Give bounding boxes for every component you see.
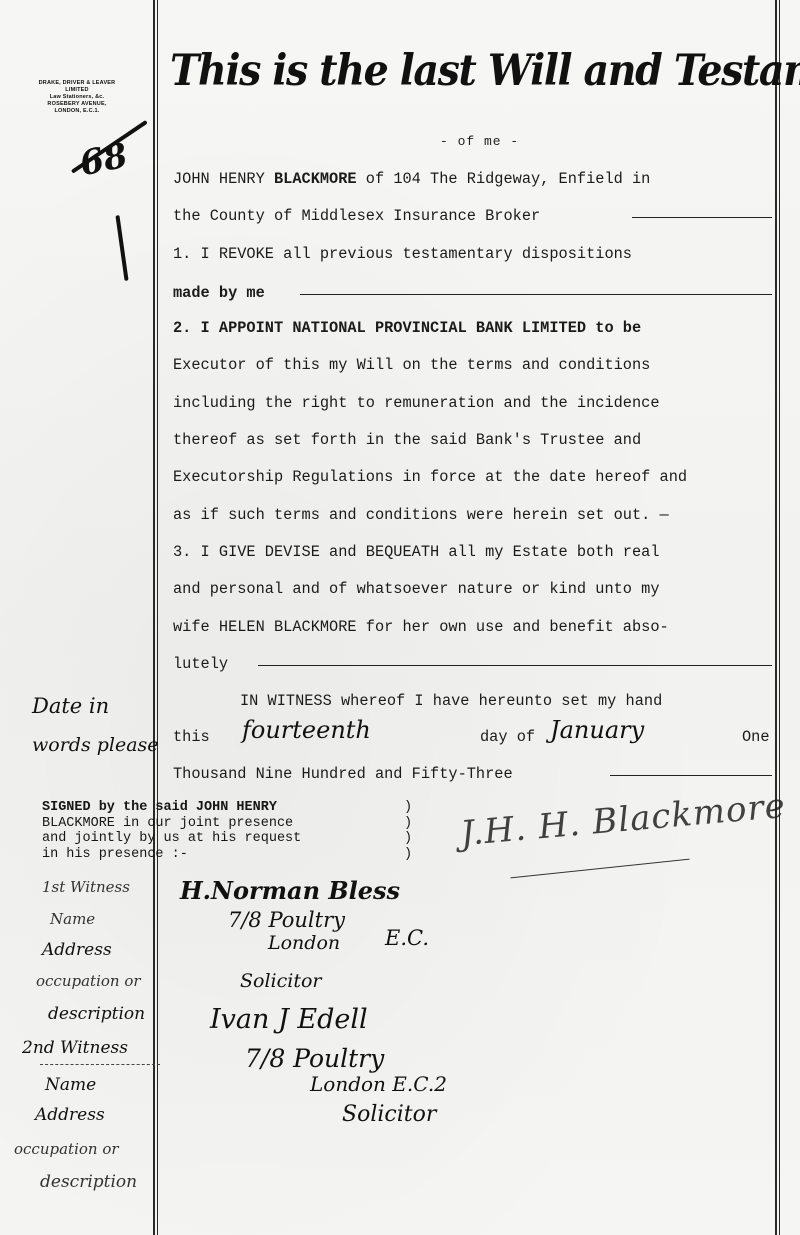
bracket: )	[404, 816, 412, 832]
attestation-text: and jointly by us at his request	[42, 831, 301, 846]
witness1-address-label: Address	[42, 940, 112, 960]
witness2-label: 2nd Witness	[22, 1038, 128, 1058]
testator-address: of 104 The Ridgeway, Enfield in	[357, 170, 651, 188]
witness2-name: Ivan J Edell	[210, 1004, 368, 1035]
clause-2-line-2: Executor of this my Will on the terms an…	[173, 356, 773, 374]
stamp-line: ROSEBERY AVENUE,	[22, 101, 132, 108]
clause-2-line-1: 2. I APPOINT NATIONAL PROVINCIAL BANK LI…	[173, 319, 773, 337]
witness2-description-label: description	[40, 1172, 137, 1192]
bracket: )	[404, 800, 412, 816]
witness2-occupation-label: occupation or	[14, 1140, 119, 1158]
testator-line-1: JOHN HENRY BLACKMORE of 104 The Ridgeway…	[173, 170, 773, 188]
attestation-text: SIGNED by the said JOHN HENRY	[42, 800, 277, 815]
witness1-name: H.Norman Bless	[180, 876, 400, 905]
stationer-stamp: DRAKE, DRIVER & LEAVER LIMITED Law Stati…	[22, 80, 132, 115]
testator-surname: BLACKMORE	[274, 170, 357, 188]
attestation-line: and jointly by us at his request)	[42, 831, 422, 847]
clause-2-line-3: including the right to remuneration and …	[173, 394, 773, 412]
fill-rule	[632, 217, 772, 218]
year-word-one: One	[742, 728, 770, 746]
attestation-clause: SIGNED by the said JOHN HENRY) BLACKMORE…	[42, 800, 422, 862]
witness1-occupation: Solicitor	[240, 970, 321, 992]
witness2-name-label: Name	[45, 1075, 96, 1095]
fill-rule	[300, 294, 772, 295]
right-margin-rule	[775, 0, 780, 1235]
testator-given-names: JOHN HENRY	[173, 170, 274, 188]
this-label: this	[173, 728, 210, 746]
attestation-line: SIGNED by the said JOHN HENRY)	[42, 800, 422, 816]
margin-note-date-line-2: words please	[32, 734, 159, 756]
stamp-line: Law Stationers, &c.	[22, 94, 132, 101]
margin-note-date-line-1: Date in	[32, 694, 109, 718]
dotted-rule	[40, 1064, 160, 1065]
clause-3-line-2: and personal and of whatsoever nature or…	[173, 580, 773, 598]
attestation-text: in his presence :-	[42, 847, 188, 862]
clause-3-line-3: wife HELEN BLACKMORE for her own use and…	[173, 618, 773, 636]
witness1-occupation-label: occupation or	[36, 972, 141, 990]
witness2-address-label: Address	[35, 1105, 105, 1125]
handwritten-month: January	[550, 716, 644, 744]
testator-line-2: the County of Middlesex Insurance Broker	[173, 207, 773, 225]
clause-1-line-2: made by me	[173, 284, 773, 302]
clause-2-line-6: as if such terms and conditions were her…	[173, 506, 773, 524]
witness1-address-3: E.C.	[385, 926, 429, 950]
clause-3-line-4: lutely	[173, 655, 773, 673]
document-subtitle: - of me -	[440, 134, 519, 149]
clause-2-line-4: thereof as set forth in the said Bank's …	[173, 431, 773, 449]
clause-1-line-1: 1. I REVOKE all previous testamentary di…	[173, 245, 773, 263]
witness2-address-1: 7/8 Poultry	[245, 1044, 384, 1073]
left-margin-rule	[153, 0, 158, 1235]
bracket: )	[404, 831, 412, 847]
witness1-name-label: Name	[50, 910, 95, 928]
handwritten-day: fourteenth	[242, 716, 371, 744]
testator-county-occupation: the County of Middlesex Insurance Broker	[173, 207, 540, 225]
attestation-line: in his presence :-)	[42, 847, 422, 863]
testimonium-line-3: Thousand Nine Hundred and Fifty-Three	[173, 765, 773, 783]
witness2-occupation: Solicitor	[342, 1102, 436, 1127]
witness1-address-2: London	[268, 932, 340, 954]
testimonium-line-1: IN WITNESS whereof I have hereunto set m…	[240, 692, 800, 710]
document-title: This is the last Will and Testament	[170, 36, 727, 106]
fill-rule	[610, 775, 772, 776]
stamp-line: LIMITED	[22, 87, 132, 94]
fill-rule	[258, 665, 772, 666]
stamp-line: LONDON, E.C.1.	[22, 108, 132, 115]
clause-2-line-5: Executorship Regulations in force at the…	[173, 468, 773, 486]
attestation-line: BLACKMORE in our joint presence)	[42, 816, 422, 832]
day-of-label: day of	[480, 728, 535, 746]
clause-3-line-1: 3. I GIVE DEVISE and BEQUEATH all my Est…	[173, 543, 773, 561]
bracket: )	[404, 847, 412, 863]
attestation-text: BLACKMORE in our joint presence	[42, 816, 293, 831]
witness1-label: 1st Witness	[42, 878, 130, 896]
stamp-line: DRAKE, DRIVER & LEAVER	[22, 80, 132, 87]
witness1-address-1: 7/8 Poultry	[228, 908, 345, 932]
witness1-description-label: description	[48, 1004, 145, 1024]
witness2-address-2: London E.C.2	[310, 1072, 447, 1096]
